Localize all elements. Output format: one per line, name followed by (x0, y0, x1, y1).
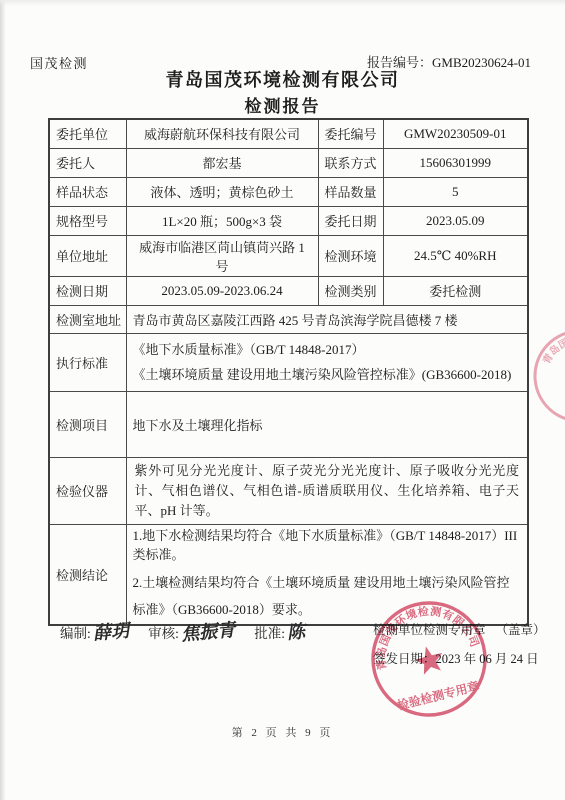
table-row: 检验仪器 紫外可见分光光度计、原子荧光分光光度计、原子吸收分光光度计、气相色谱仪… (49, 457, 528, 524)
table-row: 委托人 都宏基 联系方式 15606301999 (49, 148, 528, 177)
field-label: 委托编号 (318, 119, 383, 148)
standard-line: 《地下水质量标准》（GB/T 14848-2017） (133, 337, 522, 362)
field-label: 检测环境 (318, 235, 383, 276)
field-label: 检测日期 (49, 276, 126, 305)
field-value: 地下水及土壤理化指标 (126, 391, 528, 457)
field-value: 青岛市黄岛区嘉陵江西路 425 号青岛滨海学院昌德楼 7 楼 (126, 305, 528, 333)
seal-bottom-text: 检验检测专用章 (395, 678, 480, 713)
table-row: 规格型号 1L×20 瓶；500g×3 袋 委托日期 2023.05.09 (49, 206, 528, 235)
field-value: 都宏基 (126, 148, 318, 177)
instruments-text: 紫外可见分光光度计、原子荧光分光光度计、原子吸收分光光度计、气相色谱仪、气相色谱… (133, 459, 522, 523)
field-label: 委托单位 (49, 119, 126, 148)
table-row: 检测室地址 青岛市黄岛区嘉陵江西路 425 号青岛滨海学院昌德楼 7 楼 (49, 305, 528, 333)
field-value: 威海蔚航环保科技有限公司 (126, 119, 318, 148)
field-label: 执行标准 (49, 333, 126, 391)
field-value: 5 (383, 177, 528, 206)
field-value: 15606301999 (383, 148, 528, 177)
report-page: 国茂检测 报告编号：GMB20230624-01 青岛国茂环境检测有限公司 检测… (0, 0, 565, 800)
field-value: 2023.05.09-2023.06.24 (126, 276, 318, 305)
table-row: 检测项目 地下水及土壤理化指标 (49, 391, 528, 457)
table-row: 执行标准 《地下水质量标准》（GB/T 14848-2017） 《土壤环境质量 … (49, 333, 528, 391)
standard-line: 《土壤环境质量 建设用地土壤污染风险管控标准》(GB36600-2018) (133, 362, 522, 387)
field-value: 紫外可见分光光度计、原子荧光分光光度计、原子吸收分光光度计、气相色谱仪、气相色谱… (126, 457, 528, 524)
field-label: 委托人 (49, 148, 126, 177)
signoff-row: 编制:薛玥 审核:焦振青 批准:陈 (60, 618, 321, 644)
company-title: 青岛国茂环境检测有限公司 (0, 66, 565, 92)
field-label: 检验仪器 (49, 457, 126, 524)
edge-partial-stamp-icon: 青岛国茂环境检测有限公司 (518, 326, 565, 428)
page-number-footer: 第 2 页 共 9 页 (0, 724, 565, 740)
field-value: 《地下水质量标准》（GB/T 14848-2017） 《土壤环境质量 建设用地土… (126, 333, 528, 391)
table-row: 样品状态 液体、透明；黄棕色砂土 样品数量 5 (49, 177, 528, 206)
reviewed-by-signature: 焦振青 (180, 616, 236, 647)
field-label: 检测项目 (49, 391, 126, 457)
field-value: 2023.05.09 (383, 206, 528, 235)
field-label: 检测室地址 (49, 305, 126, 333)
field-label: 规格型号 (49, 206, 126, 235)
document-title: 检测报告 (0, 92, 565, 117)
report-info-table: 委托单位 威海蔚航环保科技有限公司 委托编号 GMW20230509-01 委托… (48, 118, 529, 626)
field-label: 样品状态 (49, 177, 126, 206)
field-value: 威海市临港区苘山镇苘兴路 1 号 (126, 235, 318, 276)
field-label: 检测结论 (49, 524, 126, 625)
seal-star-icon (412, 643, 446, 676)
seal-hint: （盖章） (496, 623, 546, 637)
conclusion-item: 1.地下水检测结果均符合《地下水质量标准》（GB/T 14848-2017）II… (133, 526, 522, 565)
table-row: 委托单位 威海蔚航环保科技有限公司 委托编号 GMW20230509-01 (49, 119, 528, 148)
field-label: 检测类别 (318, 276, 383, 305)
prepared-by-label: 编制: (60, 626, 91, 641)
field-label: 联系方式 (318, 148, 383, 177)
field-label: 样品数量 (318, 177, 383, 206)
table-row: 单位地址 威海市临港区苘山镇苘兴路 1 号 检测环境 24.5℃ 40%RH (49, 235, 528, 276)
prepared-by-signature: 薛玥 (92, 616, 130, 645)
reviewed-by-label: 审核: (148, 626, 179, 641)
table-row: 检测日期 2023.05.09-2023.06.24 检测类别 委托检测 (49, 276, 528, 305)
field-value: 24.5℃ 40%RH (383, 235, 528, 276)
approved-by-signature: 陈 (286, 617, 306, 644)
field-label: 委托日期 (318, 206, 383, 235)
field-value: 1L×20 瓶；500g×3 袋 (126, 206, 318, 235)
approved-by-label: 批准: (254, 626, 285, 641)
field-value: 液体、透明；黄棕色砂土 (126, 177, 318, 206)
field-value: GMW20230509-01 (383, 119, 528, 148)
field-label: 单位地址 (49, 235, 126, 276)
company-seal-stamp-icon: 青岛国茂环境检测有限公司 检验检测专用章 (363, 593, 495, 725)
field-value: 委托检测 (383, 276, 528, 305)
